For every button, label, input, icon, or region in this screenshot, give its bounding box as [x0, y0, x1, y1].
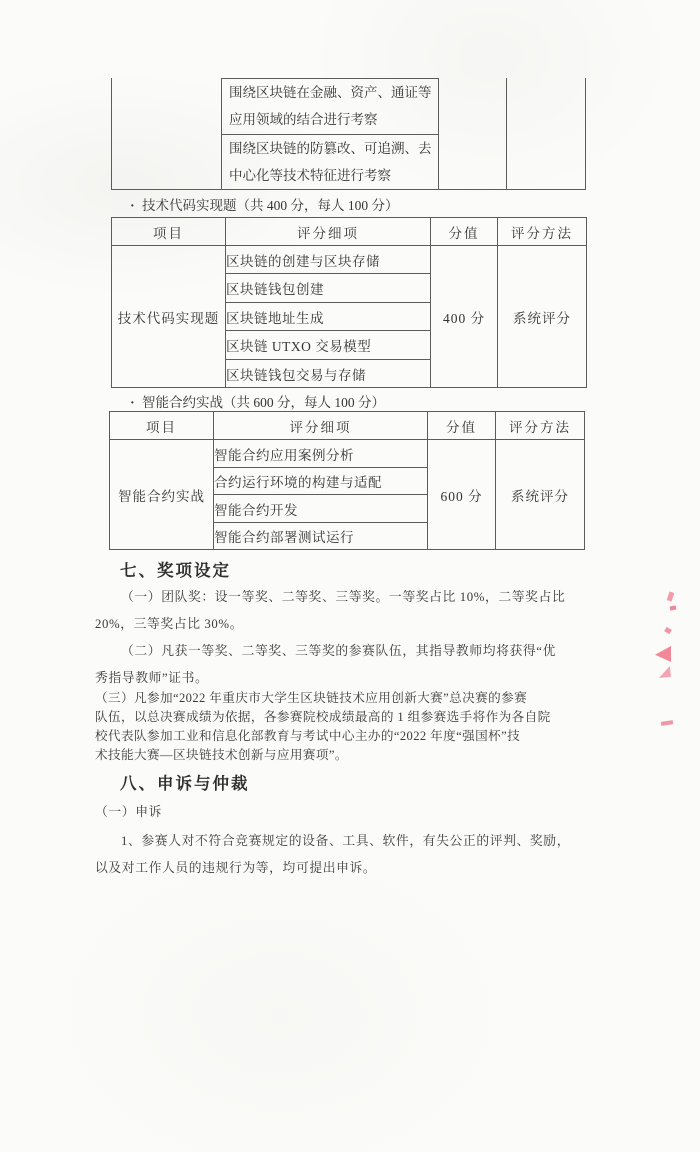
scanned-document-page: 围绕区块链在金融、资产、通证等 应用领域的结合进行考察 围绕区块链的防篡改、可追…: [0, 0, 700, 1152]
continued-scoring-table: 围绕区块链在金融、资产、通证等 应用领域的结合进行考察 围绕区块链的防篡改、可追…: [111, 78, 586, 190]
header-score: 分值: [431, 218, 498, 246]
cell-text-line: 中心化等技术特征进行考察: [222, 162, 438, 189]
cell-detail: 区块链 UTXO 交易模型: [226, 331, 431, 360]
paragraph-line: （一）团队奖：设一等奖、二等奖、三等奖。一等奖占比 10%，二等奖占比: [95, 584, 565, 611]
cell-detail: 智能合约开发: [214, 495, 428, 523]
red-stamp-fragment: [655, 646, 671, 662]
bullet-text: 智能合约实战（共 600 分，每人 100 分）: [142, 395, 385, 410]
bullet-line-tech-code: ·技术代码实现题（共 400 分，每人 100 分）: [130, 194, 399, 215]
cell-text-line: 围绕区块链的防篡改、可追溯、去: [222, 135, 438, 162]
table-header-row: 项目 评分细项 分值 评分方法: [112, 218, 587, 246]
section-heading-awards: 七、奖项设定: [120, 557, 231, 581]
cell-detail: 区块链地址生成: [226, 303, 431, 331]
header-method: 评分方法: [498, 218, 587, 246]
header-method: 评分方法: [496, 412, 585, 440]
cell-detail: 合约运行环境的构建与适配: [214, 468, 428, 495]
cell-score: 400 分: [431, 246, 498, 388]
paragraph-line: （三）凡参加“2022 年重庆市大学生区块链技术应用创新大赛”总决赛的参赛: [95, 689, 551, 708]
paragraph-award-3: （三）凡参加“2022 年重庆市大学生区块链技术应用创新大赛”总决赛的参赛 队伍…: [95, 689, 551, 765]
cell-project: 技术代码实现题: [112, 246, 226, 388]
table-row: 技术代码实现题 区块链的创建与区块存储 400 分 系统评分: [112, 246, 587, 274]
bullet-text: 技术代码实现题（共 400 分，每人 100 分）: [142, 198, 399, 213]
red-stamp-fragment: [667, 591, 675, 601]
red-stamp-fragment: [664, 627, 672, 634]
paragraph-line: （一）申诉: [95, 799, 162, 826]
paragraph-line: 1、参赛人对不符合竞赛规定的设备、工具、软件，有失公正的评判、奖励，: [95, 828, 570, 855]
header-detail: 评分细项: [214, 412, 428, 440]
paragraph-line: （二）凡获一等奖、二等奖、三等奖的参赛队伍，其指导教师均将获得“优: [95, 638, 556, 665]
cell-text-line: 应用领域的结合进行考察: [222, 106, 438, 133]
cell-text-line: 围绕区块链在金融、资产、通证等: [222, 79, 438, 106]
red-stamp-fragment: [659, 666, 671, 678]
section-heading-appeal: 八、申诉与仲裁: [120, 770, 250, 794]
paragraph-award-2: （二）凡获一等奖、二等奖、三等奖的参赛队伍，其指导教师均将获得“优 秀指导教师”…: [95, 638, 556, 692]
cell-method: 系统评分: [498, 246, 587, 388]
bullet-line-smart-contract: ·智能合约实战（共 600 分，每人 100 分）: [130, 391, 385, 412]
cell-project: 智能合约实战: [110, 440, 214, 550]
cell-detail: 智能合约应用案例分析: [214, 440, 428, 468]
table-cell-detail: 围绕区块链的防篡改、可追溯、去 中心化等技术特征进行考察: [222, 135, 438, 190]
header-score: 分值: [428, 412, 496, 440]
cell-detail: 区块链的创建与区块存储: [226, 246, 431, 274]
table-row: 智能合约实战 智能合约应用案例分析 600 分 系统评分: [110, 440, 585, 468]
table-cell-score-empty: [439, 78, 507, 189]
header-project: 项目: [110, 412, 214, 440]
header-detail: 评分细项: [226, 218, 431, 246]
red-stamp-fragment: [670, 605, 677, 610]
cell-detail: 智能合约部署测试运行: [214, 523, 428, 550]
paragraph-line: 校代表队参加工业和信息化部教育与考试中心主办的“2022 年度“强国杯”技: [95, 727, 551, 746]
cell-method: 系统评分: [496, 440, 585, 550]
paragraph-line: 以及对工作人员的违规行为等，均可提出申诉。: [95, 855, 570, 882]
table-column-details: 围绕区块链在金融、资产、通证等 应用领域的结合进行考察 围绕区块链的防篡改、可追…: [222, 78, 439, 189]
paragraph-award-1: （一）团队奖：设一等奖、二等奖、三等奖。一等奖占比 10%，二等奖占比 20%，…: [95, 584, 565, 638]
scoring-table-tech-code: 项目 评分细项 分值 评分方法 技术代码实现题 区块链的创建与区块存储 400 …: [111, 217, 587, 388]
cell-detail: 区块链钱包交易与存储: [226, 360, 431, 388]
cell-detail: 区块链钱包创建: [226, 274, 431, 303]
table-header-row: 项目 评分细项 分值 评分方法: [110, 412, 585, 440]
table-cell-detail: 围绕区块链在金融、资产、通证等 应用领域的结合进行考察: [222, 79, 438, 135]
bullet-dot-icon: ·: [130, 396, 142, 412]
appeal-subheading: （一）申诉: [95, 799, 162, 826]
cell-score: 600 分: [428, 440, 496, 550]
header-project: 项目: [112, 218, 226, 246]
bullet-dot-icon: ·: [130, 199, 142, 215]
paragraph-appeal-1: 1、参赛人对不符合竞赛规定的设备、工具、软件，有失公正的评判、奖励， 以及对工作…: [95, 828, 570, 882]
paragraph-line: 20%，三等奖占比 30%。: [95, 611, 565, 638]
paragraph-line: 队伍，以总决赛成绩为依据，各参赛院校成绩最高的 1 组参赛选手将作为各自院: [95, 708, 551, 727]
paragraph-line: 秀指导教师”证书。: [95, 665, 556, 692]
scoring-table-smart-contract: 项目 评分细项 分值 评分方法 智能合约实战 智能合约应用案例分析 600 分 …: [109, 411, 585, 550]
paragraph-line: 术技能大赛—区块链技术创新与应用赛项”。: [95, 746, 551, 765]
table-cell-project-empty: [112, 78, 222, 189]
table-cell-method-empty: [507, 78, 585, 189]
red-stamp-fragment: [661, 720, 673, 726]
